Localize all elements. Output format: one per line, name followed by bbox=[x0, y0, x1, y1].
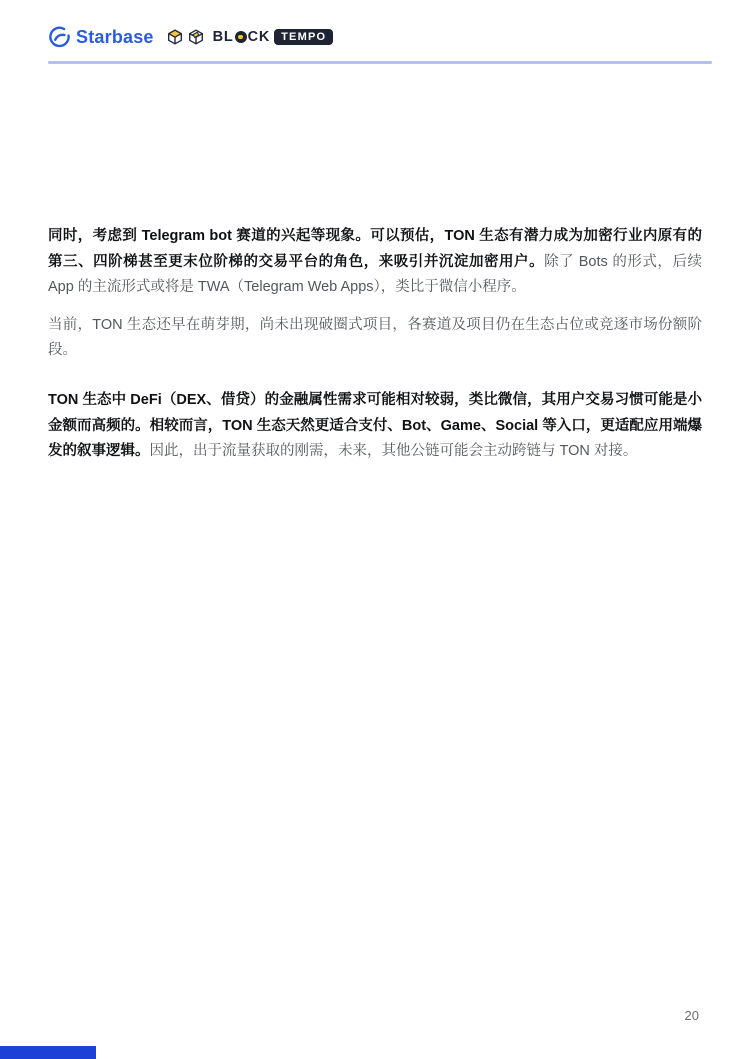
paragraph: TON 生态中 DeFi（DEX、借贷）的金融属性需求可能相对较弱，类比微信，其… bbox=[48, 388, 702, 465]
body-text: 同时，考虑到 Telegram bot 赛道的兴起等现象。可以预估，TON 生态… bbox=[48, 224, 702, 465]
blocktempo-block-wordmark: BL CK bbox=[213, 29, 270, 45]
seal-icon bbox=[188, 29, 204, 45]
blocktempo-block-left: BL bbox=[213, 29, 234, 45]
blocktempo-o-dot-icon bbox=[235, 31, 247, 43]
paragraph: 当前，TON 生态还早在萌芽期，尚未出现破圈式项目，各赛道及项目仍在生态占位或竞… bbox=[48, 313, 702, 364]
header-divider bbox=[48, 61, 712, 64]
blocktempo-tempo-badge: TEMPO bbox=[274, 29, 333, 46]
starbase-logo-icon bbox=[48, 26, 71, 49]
paragraph: 同时，考虑到 Telegram bot 赛道的兴起等现象。可以预估，TON 生态… bbox=[48, 224, 702, 301]
blocktempo-seal-icons bbox=[167, 29, 204, 45]
report-page: Starbase BL CK bbox=[0, 0, 750, 1059]
blocktempo-logo: BL CK TEMPO bbox=[213, 29, 334, 46]
header: Starbase BL CK bbox=[48, 26, 333, 48]
paragraph-regular-text: 因此，出于流量获取的刚需，未来，其他公链可能会主动跨链与 TON 对接。 bbox=[150, 443, 638, 459]
paragraph-regular-text: 当前，TON 生态还早在萌芽期，尚未出现破圈式项目，各赛道及项目仍在生态占位或竞… bbox=[48, 317, 702, 359]
starbase-logo: Starbase bbox=[48, 26, 154, 49]
blocktempo-block-right: CK bbox=[248, 29, 271, 45]
page-number: 20 bbox=[685, 1008, 699, 1024]
footer-accent-bar bbox=[0, 1046, 96, 1059]
starbase-wordmark: Starbase bbox=[76, 26, 154, 48]
seal-icon bbox=[167, 29, 183, 45]
